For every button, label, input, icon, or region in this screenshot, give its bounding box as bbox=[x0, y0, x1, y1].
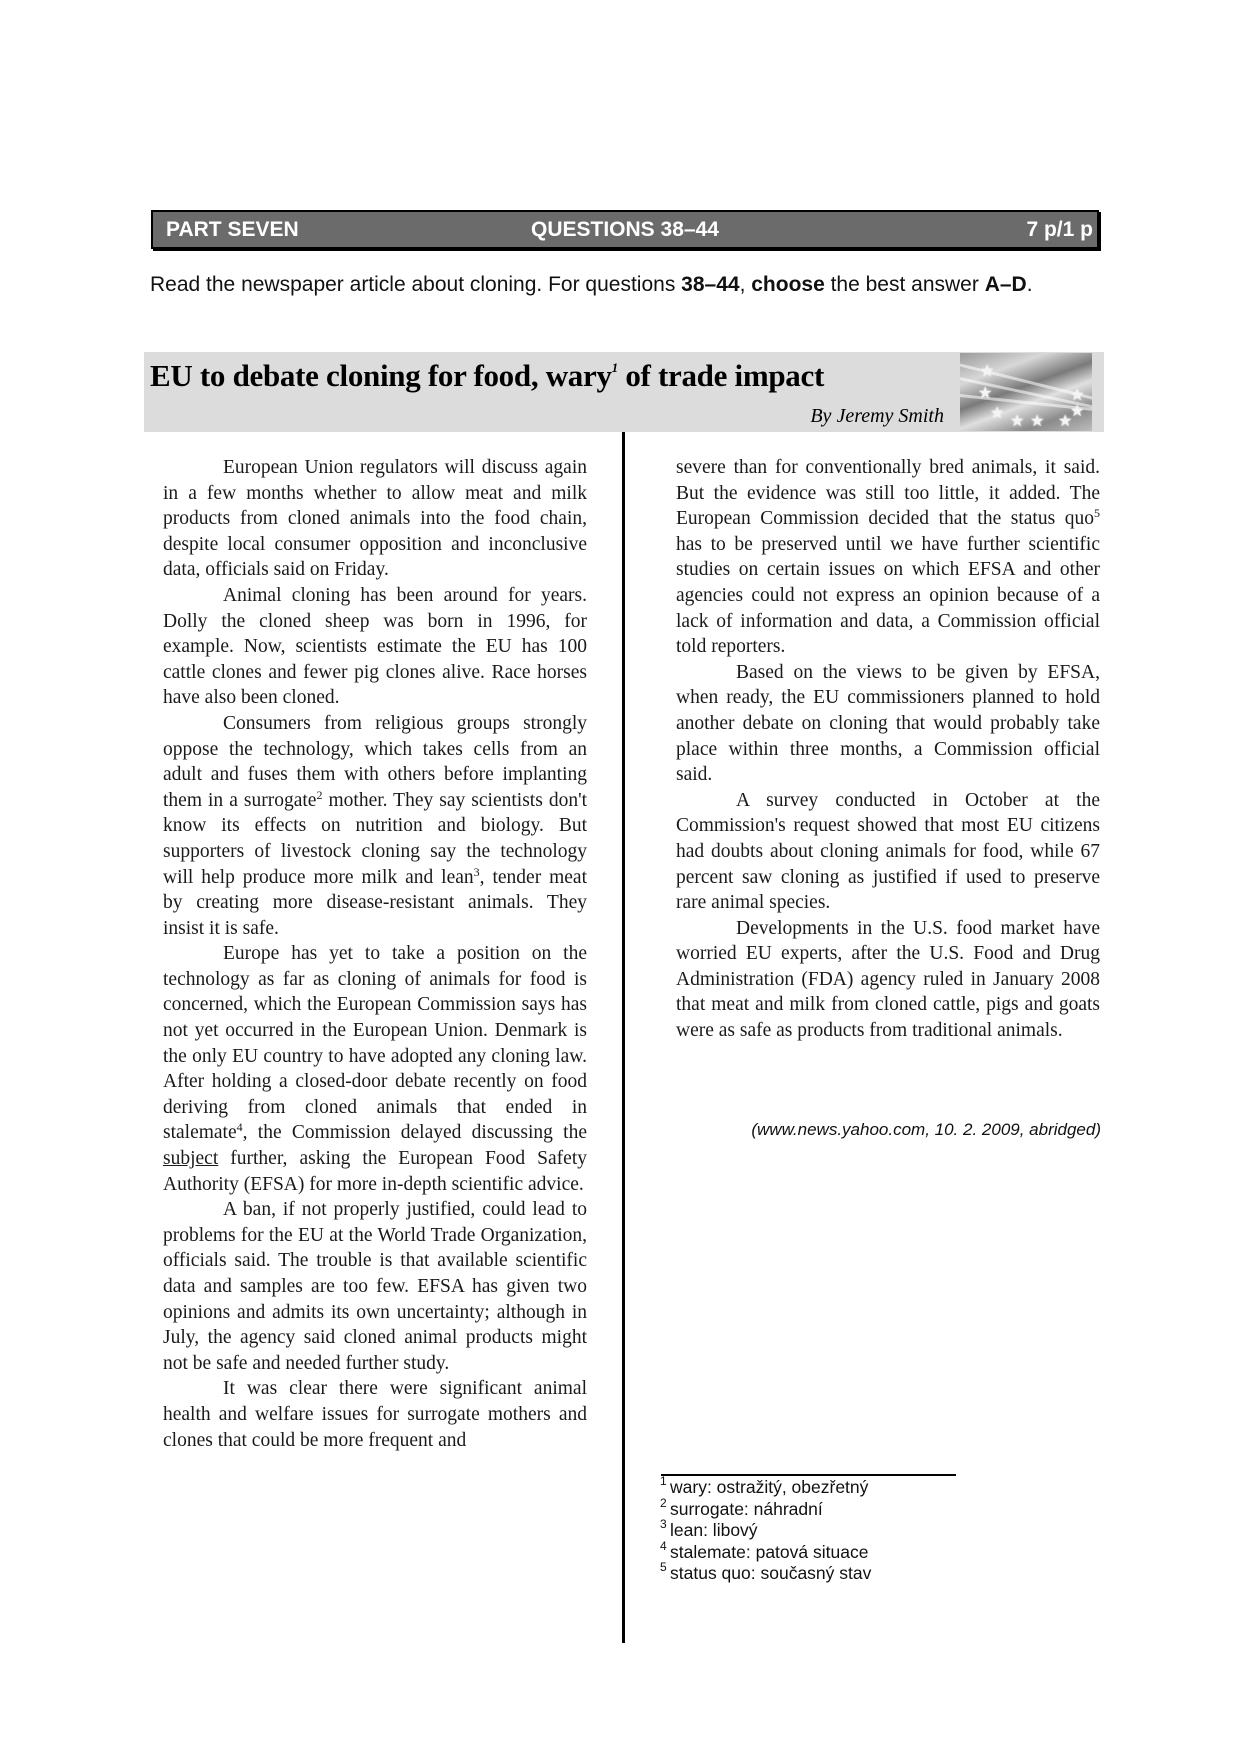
instructions-verb: choose bbox=[751, 273, 825, 296]
section-header-bar: PART SEVEN QUESTIONS 38–44 7 p/1 p bbox=[151, 210, 1099, 249]
title-text: of trade impact bbox=[618, 358, 824, 393]
footnote-item: 3lean: libový bbox=[660, 1520, 871, 1542]
paragraph-5: A ban, if not properly justified, could … bbox=[163, 1197, 587, 1376]
footnotes-list: 1wary: ostražitý, obezřetný 2surrogate: … bbox=[660, 1477, 871, 1585]
article-right-column: severe than for conventionally bred anim… bbox=[676, 455, 1100, 1044]
footnote-number: 2 bbox=[660, 1493, 667, 1515]
footnote-divider bbox=[661, 1474, 956, 1476]
footnote-number: 5 bbox=[660, 1557, 667, 1579]
footnote-item: 5status quo: současný stav bbox=[660, 1563, 871, 1585]
paragraph-2: Animal cloning has been around for years… bbox=[163, 583, 587, 711]
paragraph-3: Consumers from religious groups strongly… bbox=[163, 711, 587, 941]
star-icon: ★ bbox=[978, 385, 992, 401]
question-range: 38–44 bbox=[681, 273, 739, 296]
footnote-number: 4 bbox=[660, 1536, 667, 1558]
footnote-item: 2surrogate: náhradní bbox=[660, 1499, 871, 1521]
footnote-number: 1 bbox=[660, 1471, 667, 1493]
paragraph-text: further, asking the European Food Safety… bbox=[163, 1148, 587, 1195]
title-text: EU to debate cloning for food, wary bbox=[150, 358, 612, 393]
article-source: (www.news.yahoo.com, 10. 2. 2009, abridg… bbox=[751, 1120, 1101, 1140]
instructions-text: the best answer bbox=[825, 273, 985, 296]
paragraph-6: It was clear there were significant anim… bbox=[163, 1376, 587, 1453]
paragraph-4: Europe has yet to take a position on the… bbox=[163, 941, 587, 1197]
star-icon: ★ bbox=[1058, 413, 1072, 429]
footnote-text: surrogate: náhradní bbox=[670, 1499, 823, 1519]
star-icon: ★ bbox=[990, 405, 1004, 421]
paragraph-6-continued: severe than for conventionally bred anim… bbox=[676, 455, 1100, 660]
column-divider bbox=[622, 432, 625, 1643]
paragraph-text: has to be preserved until we have furthe… bbox=[676, 534, 1100, 657]
task-instructions: Read the newspaper article about cloning… bbox=[150, 270, 1096, 300]
article-byline: By Jeremy Smith bbox=[810, 405, 944, 428]
instructions-text: . bbox=[1027, 273, 1033, 296]
questions-label: QUESTIONS 38–44 bbox=[531, 218, 719, 242]
paragraph-8: A survey conducted in October at the Com… bbox=[676, 788, 1100, 916]
answer-range: A–D bbox=[985, 273, 1027, 296]
footnote-item: 1wary: ostražitý, obezřetný bbox=[660, 1477, 871, 1499]
eu-flag-image: ★ ★ ★ ★ ★ ★ ★ ★ bbox=[960, 353, 1092, 431]
paragraph-7: Based on the views to be given by EFSA, … bbox=[676, 660, 1100, 788]
footnote-number: 3 bbox=[660, 1514, 667, 1536]
paragraph-text: , the Commission delayed discussing the bbox=[243, 1122, 587, 1143]
instructions-text: , bbox=[740, 273, 752, 296]
part-label: PART SEVEN bbox=[166, 218, 299, 242]
footnote-text: stalemate: patová situace bbox=[670, 1542, 868, 1562]
points-label: 7 p/1 p bbox=[1026, 218, 1093, 242]
footnote-ref-5: 5 bbox=[1094, 506, 1100, 520]
paragraph-1: European Union regulators will discuss a… bbox=[163, 455, 587, 583]
footnote-text: lean: libový bbox=[670, 1520, 758, 1540]
paragraph-text: severe than for conventionally bred anim… bbox=[676, 457, 1100, 529]
footnote-text: wary: ostražitý, obezřetný bbox=[670, 1477, 868, 1497]
star-icon: ★ bbox=[980, 363, 994, 379]
star-icon: ★ bbox=[1010, 413, 1024, 429]
underlined-word-subject: subject bbox=[163, 1148, 218, 1169]
paragraph-text: Europe has yet to take a position on the… bbox=[163, 943, 587, 1143]
article-title-band: EU to debate cloning for food, wary1 of … bbox=[144, 352, 1104, 432]
footnote-text: status quo: současný stav bbox=[670, 1563, 871, 1583]
star-icon: ★ bbox=[1030, 413, 1044, 429]
article-title: EU to debate cloning for food, wary1 of … bbox=[150, 358, 824, 394]
instructions-text: Read the newspaper article about cloning… bbox=[150, 273, 681, 296]
footnote-item: 4stalemate: patová situace bbox=[660, 1542, 871, 1564]
article-left-column: European Union regulators will discuss a… bbox=[163, 455, 587, 1453]
paragraph-9: Developments in the U.S. food market hav… bbox=[676, 916, 1100, 1044]
